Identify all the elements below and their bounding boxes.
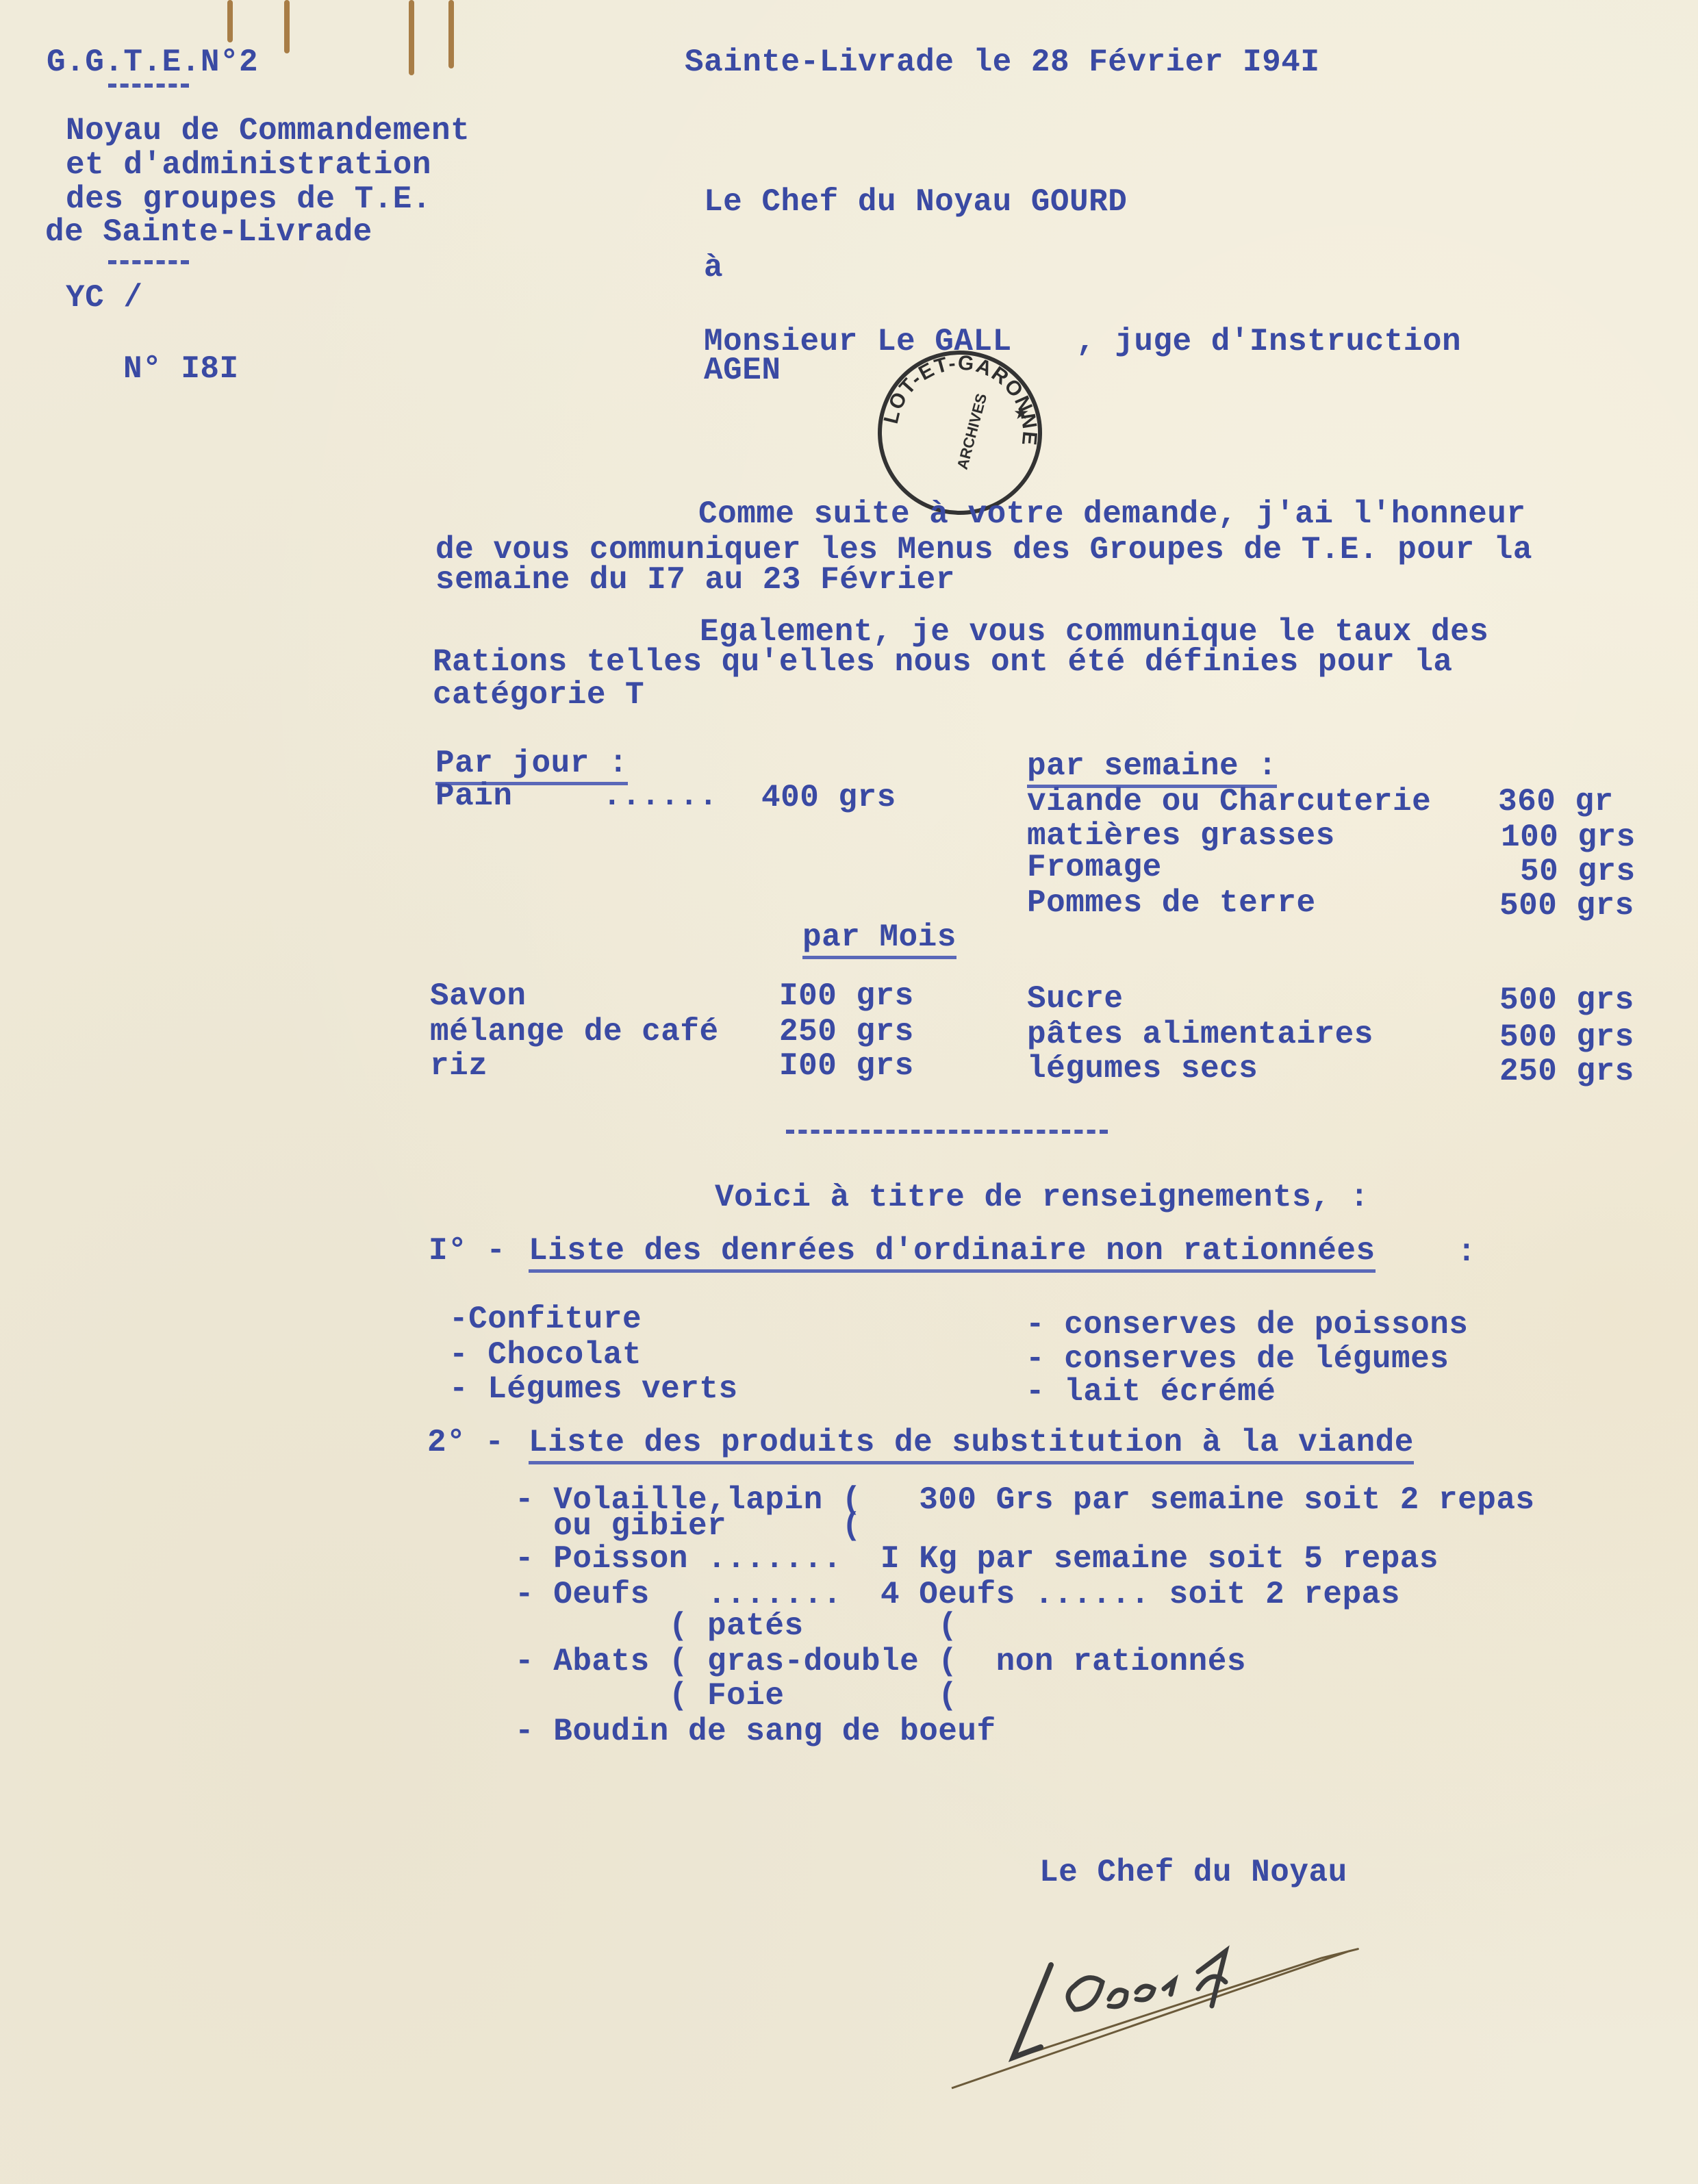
divider (108, 260, 189, 264)
section-divider (786, 1130, 1108, 1134)
paragraph-2-line: catégorie T (433, 679, 644, 711)
archives-stamp: LOT-ET-GARONNE ARCHIVES ★ (878, 351, 1042, 515)
ration-item-qty: 500 grs (1499, 1021, 1634, 1053)
ration-item-qty: 500 grs (1499, 985, 1634, 1016)
section-1-title: Liste des denrées d'ordinaire non ration… (529, 1235, 1376, 1273)
ration-item-name: Pommes de terre (1027, 887, 1316, 919)
ration-item-qty: 50 grs (1520, 856, 1636, 887)
ration-item-name: Pain (435, 780, 512, 812)
ration-item-name: mélange de café (430, 1016, 719, 1047)
initials: YC / (66, 282, 142, 314)
staple-mark (448, 0, 454, 68)
stamp-inner-text: ARCHIVES (954, 392, 991, 471)
info-intro: Voici à titre de renseignements, : (715, 1182, 1369, 1213)
signatory-title: Le Chef du Noyau (1039, 1857, 1347, 1888)
star-icon: ★ (1013, 403, 1029, 423)
ration-item-qty: 360 gr (1498, 786, 1614, 817)
ration-item-name: légumes secs (1027, 1053, 1258, 1084)
unrationed-item: -Confiture (449, 1304, 642, 1335)
staple-mark (227, 0, 233, 42)
substitute-line: - Abats ( gras-double ( non rationnés (515, 1646, 1246, 1677)
svg-text:LOT-ET-GARONNE: LOT-ET-GARONNE (880, 351, 1041, 447)
ration-item-name: riz (430, 1050, 487, 1082)
section-1-colon: : (1457, 1236, 1476, 1268)
section-2-title: Liste des produits de substitution à la … (529, 1427, 1414, 1464)
ration-item-name: pâtes alimentaires (1027, 1019, 1373, 1050)
ration-item-name: Sucre (1027, 983, 1124, 1015)
signature-scribble-icon (938, 1917, 1376, 2095)
paragraph-2-line: Egalement, je vous communique le taux de… (700, 616, 1488, 648)
paragraph-2-line: Rations telles qu'elles nous ont été déf… (433, 646, 1453, 678)
ration-item-qty: 500 grs (1499, 890, 1634, 922)
staple-mark (284, 0, 290, 53)
unrationed-item: - conserves de légumes (1026, 1343, 1449, 1375)
leader-dots: ...... (603, 780, 718, 812)
ration-item-name: matières grasses (1027, 820, 1335, 852)
substitute-line: - Poisson ....... I Kg par semaine soit … (515, 1543, 1439, 1575)
org-line: des groupes de T.E. (66, 183, 431, 215)
paragraph-1-line: Comme suite à votre demande, j'ai l'honn… (698, 498, 1526, 530)
ration-item-qty: 250 grs (779, 1016, 914, 1047)
unrationed-item: - Chocolat (449, 1339, 642, 1371)
ration-item-name: Fromage (1027, 852, 1162, 883)
ration-item-qty: I00 grs (779, 980, 914, 1012)
ration-item-name: viande ou Charcuterie (1027, 786, 1431, 817)
unrationed-item: - Légumes verts (449, 1373, 738, 1405)
paragraph-1-line: semaine du I7 au 23 Février (435, 564, 955, 596)
per-month-heading: par Mois (802, 922, 956, 959)
ration-item-qty: 400 grs (761, 782, 896, 813)
section-2-number: 2° - (427, 1427, 504, 1458)
ration-item-qty: 100 grs (1501, 822, 1636, 853)
ration-item-name: Savon (430, 980, 527, 1012)
substitute-line: - Boudin de sang de boeuf (515, 1716, 996, 1747)
recipient-city: AGEN (704, 355, 781, 386)
place-date: Sainte-Livrade le 28 Février I94I (685, 47, 1319, 78)
substitute-line: ( Foie ( (515, 1680, 957, 1712)
signature (938, 1917, 1376, 2098)
org-line: Noyau de Commandement (66, 115, 470, 147)
unrationed-item: - lait écrémé (1026, 1376, 1276, 1408)
org-code: G.G.T.E.N°2 (47, 47, 258, 78)
section-1-number: I° - (429, 1235, 505, 1267)
org-line: de Sainte-Livrade (45, 216, 372, 248)
ration-item-qty: 250 grs (1499, 1056, 1634, 1087)
org-line: et d'administration (66, 149, 431, 181)
paragraph-1-line: de vous communiquer les Menus des Groupe… (435, 534, 1532, 566)
per-week-heading: par semaine : (1027, 750, 1277, 788)
substitute-line: ( patés ( (515, 1610, 957, 1642)
to-word: à (704, 252, 723, 283)
substitute-line: - Oeufs ....... 4 Oeufs ...... soit 2 re… (515, 1579, 1400, 1610)
stamp-outer-text: LOT-ET-GARONNE (880, 351, 1041, 447)
staple-mark (409, 0, 414, 75)
recipient-title: , juge d'Instruction (1076, 326, 1461, 357)
ration-item-qty: I00 grs (779, 1050, 914, 1082)
substitute-line: ou gibier ( (515, 1510, 861, 1542)
stamp-ring-text: LOT-ET-GARONNE ARCHIVES ★ (878, 351, 1042, 515)
sender-line: Le Chef du Noyau GOURD (704, 186, 1127, 218)
divider (108, 84, 189, 88)
unrationed-item: - conserves de poissons (1026, 1309, 1468, 1341)
reference-number: N° I8I (123, 353, 239, 385)
